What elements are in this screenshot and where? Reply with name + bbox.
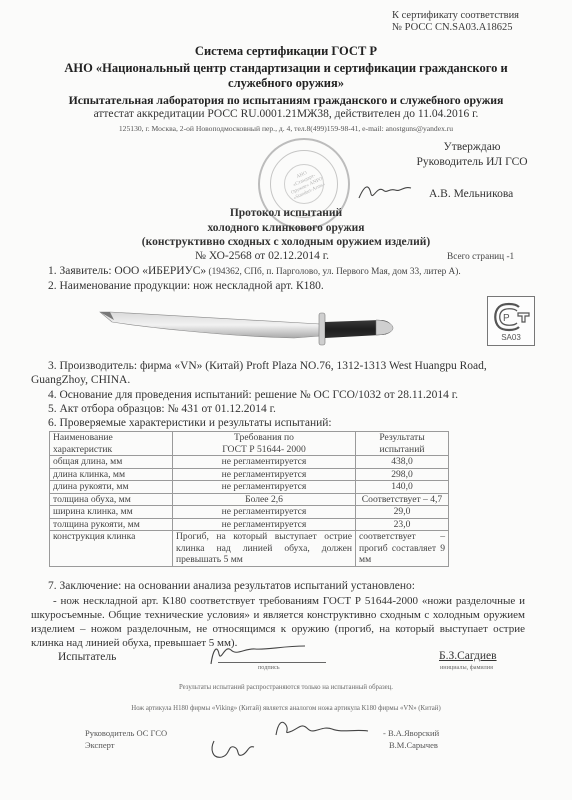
conclusion-heading: 7. Заключение: на основании анализа резу… — [48, 580, 415, 592]
cell-result: 140,0 — [356, 481, 449, 494]
certification-system-title: Система сертификации ГОСТ Р — [0, 44, 572, 59]
rst-certification-logo: P SA03 — [487, 296, 535, 346]
cell-characteristic: длина рукояти, мм — [50, 481, 173, 494]
protocol-title-block: Протокол испытаний холодного клинкового … — [0, 206, 572, 250]
test-basis-line: 4. Основание для проведения испытаний: р… — [48, 389, 458, 401]
tester-name: Б.З.Сагдиев — [439, 650, 497, 662]
checked-characteristics-heading: 6. Проверяемые характеристики и результа… — [48, 417, 332, 429]
role-expert: Эксперт — [85, 739, 167, 751]
cell-result: Соответствует – 4,7 — [356, 493, 449, 506]
cell-requirement: не регламентируется — [173, 456, 356, 469]
cell-requirement: Более 2,6 — [173, 493, 356, 506]
cell-characteristic: общая длина, мм — [50, 456, 173, 469]
role-head-of-body: Руководитель ОС ГСО — [85, 727, 167, 739]
protocol-number: № ХО-2568 от 02.12.2014 г. — [195, 250, 329, 262]
cell-characteristic: толщина обуха, мм — [50, 493, 173, 506]
cell-characteristic: конструкция клинка — [50, 531, 173, 567]
accreditation-line: аттестат аккредитации РОСС RU.0001.21МЖ3… — [0, 108, 572, 120]
organization-name-line2: служебного оружия» — [0, 76, 572, 91]
laboratory-name: Испытательная лаборатория по испытаниям … — [0, 93, 572, 108]
protocol-title: Протокол испытаний — [0, 206, 572, 221]
cell-requirement: не регламентируется — [173, 468, 356, 481]
table-row: длина рукояти, мм не регламентируется 14… — [50, 481, 449, 494]
page-count: Всего страниц -1 — [447, 252, 514, 262]
organization-name: АНО «Национальный центр стандартизации и… — [0, 61, 572, 91]
stamp-text: АНО «Стандарт-Оружие» ANPO «Standart-Arm… — [285, 166, 328, 203]
header-characteristic: Наименование характеристик — [50, 432, 173, 456]
cell-result: 298,0 — [356, 468, 449, 481]
cell-result: 29,0 — [356, 506, 449, 519]
approver-name: А.В. Мельникова — [429, 188, 513, 200]
cell-requirement: не регламентируется — [173, 481, 356, 494]
header-requirement: Требования по ГОСТ Р 51644- 2000 — [173, 432, 356, 456]
cell-characteristic: толщина рукояти, мм — [50, 518, 173, 531]
svg-text:P: P — [503, 313, 510, 324]
applicant-address: (194362, СПб, п. Парголово, ул. Первого … — [206, 267, 461, 277]
header-result: Результаты испытаний — [356, 432, 449, 456]
analog-note: Нож артикула Н180 фирмы «Viking» (Китай)… — [0, 705, 572, 712]
manufacturer-line2: GuangZhoy, CHINA. — [31, 374, 130, 386]
table-row: ширина клинка, мм не регламентируется 29… — [50, 506, 449, 519]
head-signature-icon — [272, 717, 372, 739]
expert-signature-icon — [208, 735, 258, 765]
cell-requirement: Прогиб, на который выступает острие клин… — [173, 531, 356, 567]
cell-characteristic: ширина клинка, мм — [50, 506, 173, 519]
cell-requirement: не регламентируется — [173, 518, 356, 531]
organization-name-line1: АНО «Национальный центр стандартизации и… — [0, 61, 572, 76]
manufacturer-line1: 3. Производитель: фирма «VN» (Китай) Pro… — [48, 360, 487, 372]
name-caption: инициалы, фамилия — [440, 664, 493, 671]
table-row: длина клинка, мм не регламентируется 298… — [50, 468, 449, 481]
approval-block: Утверждаю Руководитель ИЛ ГСО — [392, 140, 552, 170]
expert-name: В.М.Сарычев — [383, 739, 439, 751]
protocol-subtitle-2: (конструктивно сходных с холодным оружие… — [0, 235, 572, 250]
applicant-line: 1. Заявитель: ООО «ИБЕРИУС» (194362, СПб… — [48, 265, 461, 277]
sample-act-line: 5. Акт отбора образцов: № 431 от 01.12.2… — [48, 403, 276, 415]
cell-result: 23,0 — [356, 518, 449, 531]
header-requirement-line2: ГОСТ Р 51644- 2000 — [176, 444, 352, 456]
head-name: - В.А.Яворский — [383, 727, 439, 739]
results-table: Наименование характеристик Требования по… — [49, 431, 449, 567]
signature-caption: подпись — [258, 664, 280, 671]
product-name-line: 2. Наименование продукции: нож нескладно… — [48, 280, 324, 292]
certificate-reference: К сертификату соответствия № РОСС CN.SA0… — [392, 10, 519, 34]
certificate-ref-line1: К сертификату соответствия — [392, 10, 519, 22]
approve-label: Утверждаю — [392, 140, 552, 155]
protocol-subtitle-1: холодного клинкового оружия — [0, 221, 572, 236]
rst-logo-code: SA03 — [488, 333, 534, 342]
cell-requirement: не регламентируется — [173, 506, 356, 519]
approver-signature-icon — [355, 180, 415, 204]
approver-position: Руководитель ИЛ ГСО — [392, 155, 552, 170]
table-row: конструкция клинка Прогиб, на который вы… — [50, 531, 449, 567]
header-characteristic-line2: характеристик — [53, 444, 169, 456]
header-requirement-line1: Требования по — [176, 432, 352, 444]
table-row: толщина рукояти, мм не регламентируется … — [50, 518, 449, 531]
scope-note: Результаты испытаний распространяются то… — [0, 684, 572, 691]
address-line: 125130, г. Москва, 2-ой Новоподмосковный… — [0, 124, 572, 133]
tester-signature-line — [218, 662, 326, 663]
table-row: толщина обуха, мм Более 2,6 Соответствуе… — [50, 493, 449, 506]
table-row: общая длина, мм не регламентируется 438,… — [50, 456, 449, 469]
certificate-ref-number: № РОСС CN.SA03.A18625 — [392, 22, 519, 34]
rst-mark-icon: P — [493, 302, 531, 332]
header-characteristic-line1: Наименование — [53, 432, 169, 444]
tester-label: Испытатель — [58, 651, 116, 663]
cell-result: 438,0 — [356, 456, 449, 469]
applicant-label: 1. Заявитель: ООО «ИБЕРИУС» — [48, 265, 206, 277]
cell-result: соответствует – прогиб составляет 9 мм — [356, 531, 449, 567]
signatory-names: - В.А.Яворский В.М.Сарычев — [383, 727, 439, 751]
cell-characteristic: длина клинка, мм — [50, 468, 173, 481]
signatory-roles: Руководитель ОС ГСО Эксперт — [85, 727, 167, 751]
table-header-row: Наименование характеристик Требования по… — [50, 432, 449, 456]
knife-image — [98, 308, 394, 348]
